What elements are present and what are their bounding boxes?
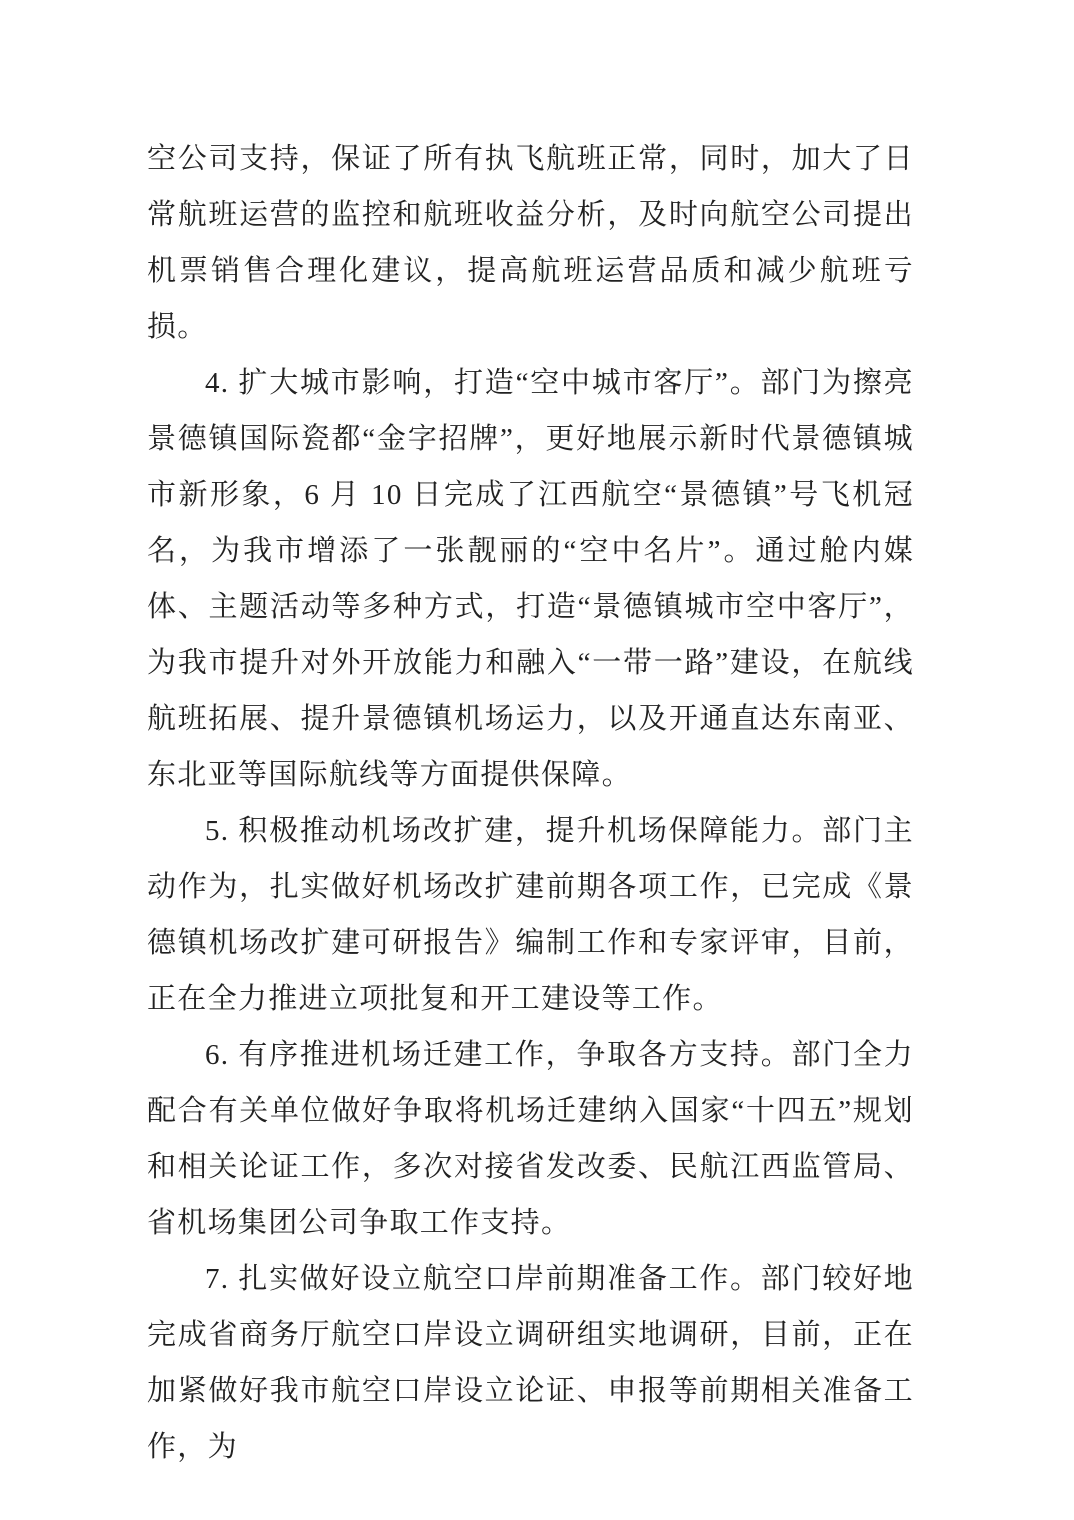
paragraph-continuation: 空公司支持，保证了所有执飞航班正常，同时，加大了日常航班运营的监控和航班收益分析…: [147, 131, 914, 355]
paragraph-item-6: 6. 有序推进机场迁建工作，争取各方支持。部门全力配合有关单位做好争取将机场迁建…: [147, 1027, 914, 1251]
document-page: 空公司支持，保证了所有执飞航班正常，同时，加大了日常航班运营的监控和航班收益分析…: [0, 0, 1074, 1520]
paragraph-item-7: 7. 扎实做好设立航空口岸前期准备工作。部门较好地完成省商务厅航空口岸设立调研组…: [147, 1251, 914, 1475]
paragraph-item-5: 5. 积极推动机场改扩建，提升机场保障能力。部门主动作为，扎实做好机场改扩建前期…: [147, 803, 914, 1027]
paragraph-item-4: 4. 扩大城市影响，打造“空中城市客厅”。部门为擦亮景德镇国际瓷都“金字招牌”，…: [147, 355, 914, 803]
